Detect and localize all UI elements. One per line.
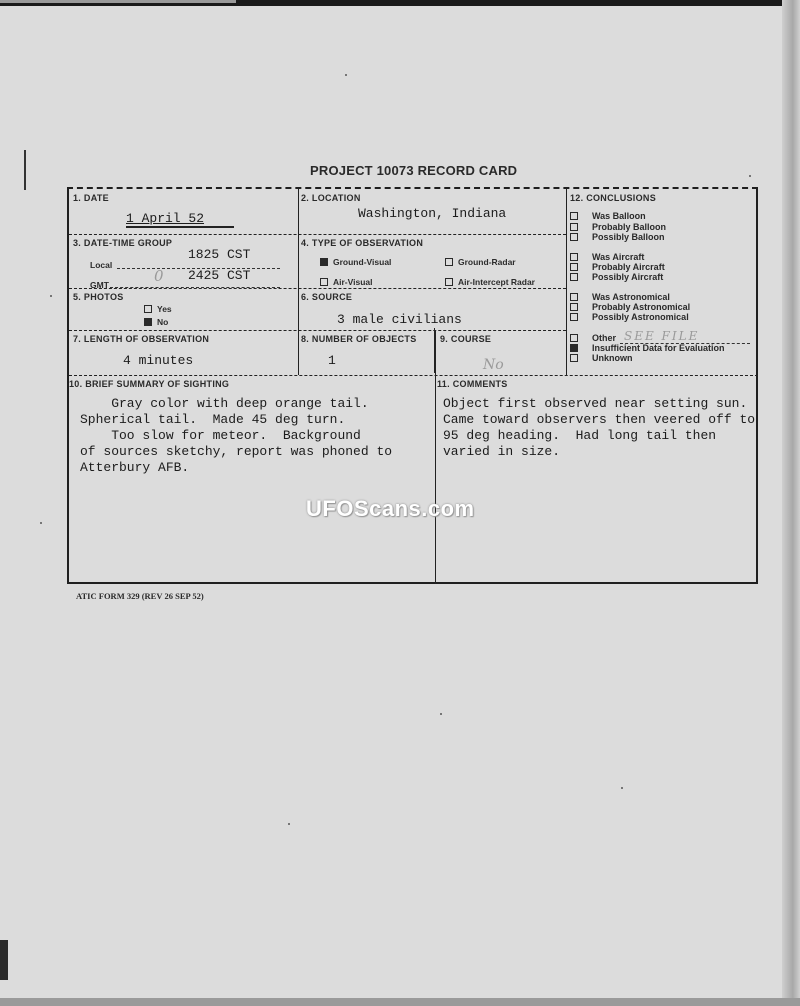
checkbox-icon [570,303,578,311]
checkbox-icon [445,278,453,286]
summary-text: Gray color with deep orange tail.Spheric… [80,396,392,476]
length-value: 4 minutes [123,353,193,368]
scan-bottom-edge [0,998,800,1006]
checkbox-icon [570,233,578,241]
course-handwritten: No [483,357,504,373]
checkbox-icon [570,273,578,281]
summary-label: 10. BRIEF SUMMARY OF SIGHTING [69,379,229,389]
checkbox-checked-icon [144,318,152,326]
checkbox-icon [570,253,578,261]
gmt-handwritten-mark: 0 [154,267,164,285]
form-number: ATIC FORM 329 (REV 26 SEP 52) [76,591,204,601]
scan-speck [621,787,623,789]
divider [69,288,566,289]
photos-label: 5. PHOTOS [73,292,124,302]
conclusion-was-astronomical[interactable]: Was Astronomical [570,292,670,302]
location-value: Washington, Indiana [358,206,506,221]
conclusion-possibly-balloon[interactable]: Possibly Balloon [570,232,665,242]
checkbox-checked-icon [320,258,328,266]
date-value: 1 April 52 [126,211,204,226]
scan-top-highlight [0,0,236,3]
conclusion-unknown[interactable]: Unknown [570,353,633,363]
checkbox-icon [570,223,578,231]
scan-speck [288,823,290,825]
checkbox-icon [320,278,328,286]
card-title: PROJECT 10073 RECORD CARD [310,163,517,178]
scan-speck [40,522,42,524]
date-underline [126,226,234,228]
course-label: 9. COURSE [440,334,491,344]
conclusion-was-aircraft[interactable]: Was Aircraft [570,252,644,262]
scan-right-edge [782,0,800,1006]
local-time-value: 1825 CST [188,247,250,262]
number-of-objects-label: 8. NUMBER OF OBJECTS [301,334,417,344]
divider [69,330,566,331]
date-label: 1. DATE [73,193,109,203]
other-handwritten: SEE FILE [624,329,699,343]
conclusion-other[interactable]: Other [570,333,616,343]
checkbox-checked-icon [570,344,578,352]
source-value: 3 male civilians [337,312,462,327]
conclusion-possibly-aircraft[interactable]: Possibly Aircraft [570,272,663,282]
photos-option-no[interactable]: No [144,317,168,327]
observation-type-label: 4. TYPE OF OBSERVATION [301,238,423,248]
location-label: 2. LOCATION [301,193,361,203]
option-air-intercept-radar[interactable]: Air-Intercept Radar [445,277,535,287]
local-label: Local [90,260,112,270]
checkbox-icon [570,354,578,362]
conclusion-probably-aircraft[interactable]: Probably Aircraft [570,262,665,272]
source-label: 6. SOURCE [301,292,352,302]
gmt-time-value: 2425 CST [188,268,250,283]
checkbox-icon [570,334,578,342]
checkbox-icon [144,305,152,313]
date-time-group-label: 3. DATE-TIME GROUP [73,238,172,248]
gmt-underline [110,287,280,288]
divider [69,375,758,376]
scan-speck [440,713,442,715]
divider [435,330,436,584]
option-ground-visual[interactable]: Ground-Visual [320,257,391,267]
comments-label: 11. COMMENTS [437,379,508,389]
conclusion-insufficient-data[interactable]: Insufficient Data for Evaluation [570,343,725,353]
divider [566,189,567,375]
checkbox-icon [570,263,578,271]
conclusion-probably-balloon[interactable]: Probably Balloon [570,222,666,232]
scan-left-edge-shadow [0,940,8,980]
divider [434,328,435,373]
watermark: UFOScans.com [306,496,475,522]
conclusion-probably-astronomical[interactable]: Probably Astronomical [570,302,690,312]
checkbox-icon [570,293,578,301]
checkbox-icon [445,258,453,266]
conclusion-possibly-astronomical[interactable]: Possibly Astronomical [570,312,689,322]
photos-option-yes[interactable]: Yes [144,304,172,314]
checkbox-icon [570,313,578,321]
option-ground-radar[interactable]: Ground-Radar [445,257,516,267]
option-air-visual[interactable]: Air-Visual [320,277,373,287]
checkbox-icon [570,212,578,220]
comments-text: Object first observed near setting sun.C… [443,396,755,460]
scan-speck [749,175,751,177]
scan-speck [50,295,52,297]
number-of-objects-value: 1 [328,353,336,368]
gmt-label: GMT [90,280,109,290]
divider [298,189,299,375]
conclusion-was-balloon[interactable]: Was Balloon [570,211,646,221]
scan-speck [345,74,347,76]
conclusions-label: 12. CONCLUSIONS [570,193,656,203]
divider [69,234,566,235]
margin-mark [24,150,26,190]
length-label: 7. LENGTH OF OBSERVATION [73,334,209,344]
